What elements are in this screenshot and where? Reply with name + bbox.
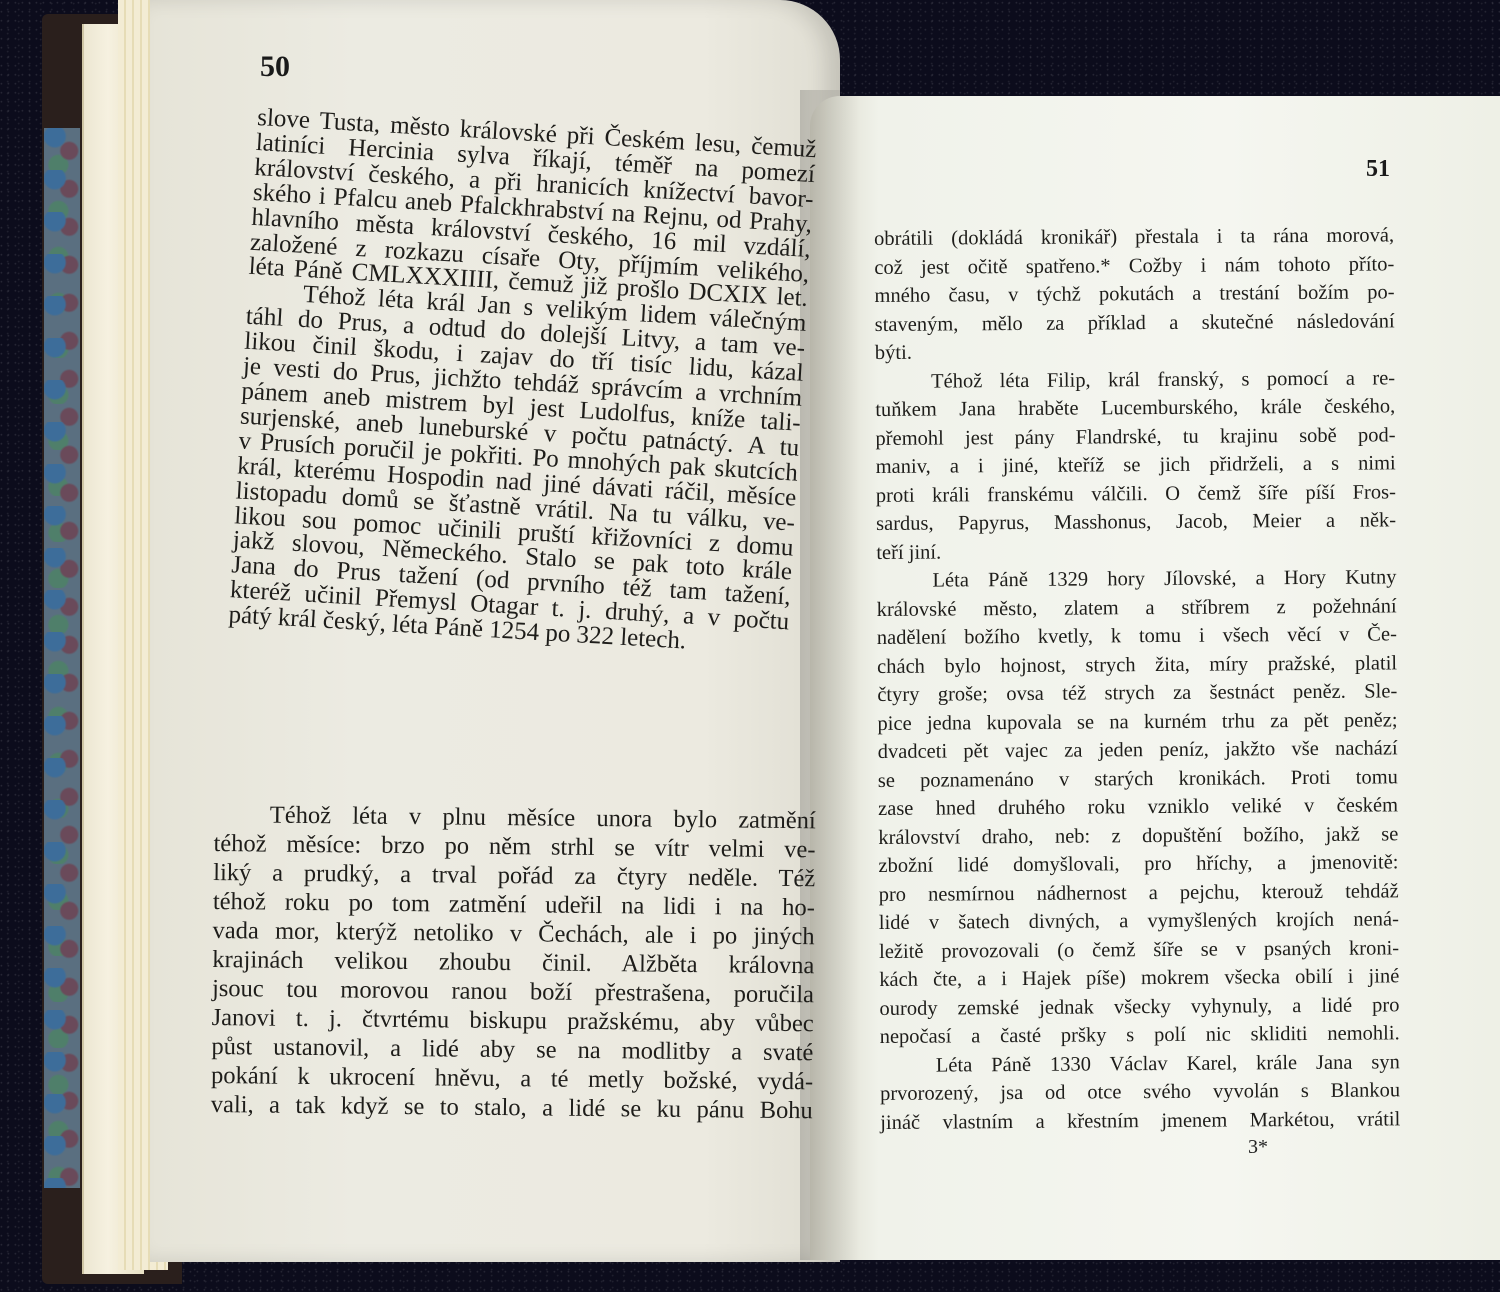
text-line: ležitě provozovali (o čemž šíře se v psa…	[879, 934, 1399, 966]
text-line: přemohl jest pány Flandrské, tu krajinu …	[875, 421, 1395, 453]
text-line: království draho, neb: z dopuštění božíh…	[878, 820, 1398, 852]
text-line: čtyry groše; ovsa též strych za šestnáct…	[877, 677, 1397, 709]
text-line: teří jiní.	[876, 535, 1396, 567]
text-line: staveným, mělo za příklad a skutečné nás…	[875, 307, 1395, 339]
text-line: ourody zemské jednak všecky vyhynuly, a …	[879, 991, 1399, 1023]
text-line: Téhož léta Filip, král franský, s pomocí…	[875, 364, 1395, 396]
text-line: proti králi franskému válčili. O čemž ší…	[876, 478, 1396, 510]
text-line: chách bylo hojnost, strych žita, míry pr…	[877, 649, 1397, 681]
text-line: nadělení božího kvetly, k tomu i všech v…	[877, 620, 1397, 652]
text-line: královské město, zlatem a stříbrem z pož…	[877, 592, 1397, 624]
text-line: nepočasí a časté pršky s polí nic sklidi…	[880, 1019, 1400, 1051]
text-line: tuňkem Jana hraběte Lucemburského, krále…	[875, 392, 1395, 424]
left-page-upper-text: slove Tusta, město královské při Českém …	[228, 106, 817, 660]
right-page-number: 51	[1366, 156, 1390, 183]
text-line: pro nesmírnou nádhernost a pejchu, ktero…	[879, 877, 1399, 909]
text-line: prvorozený, jsa od otce svého vyvolán s …	[880, 1076, 1400, 1108]
text-line: Léta Páně 1329 hory Jílovské, a Hory Kut…	[876, 563, 1396, 595]
text-line: jináč vlastním a křestním jmenem Markéto…	[880, 1105, 1400, 1137]
text-line: kách čte, a i Hajek píše) mokrem všecka …	[879, 962, 1399, 994]
text-line: dvadceti pět vajec za jeden peníz, jakžt…	[878, 734, 1398, 766]
text-line: sardus, Papyrus, Masshonus, Jacob, Meier…	[876, 506, 1396, 538]
text-line: se poznamenáno v starých kronikách. Prot…	[878, 763, 1398, 795]
text-line: býti.	[875, 335, 1395, 367]
signature-mark: 3*	[1248, 1136, 1268, 1159]
text-line: což jest očitě spatřeno.* Cožby i nám to…	[874, 250, 1394, 282]
text-line: zbožní lidé domyšlovali, pro hříchy, a j…	[878, 848, 1398, 880]
left-page-number: 50	[260, 50, 290, 84]
text-line: zase hned druhého roku vzniklo veliké v …	[878, 791, 1398, 823]
text-line: pice jedna kupovala se na kurném trhu za…	[877, 706, 1397, 738]
text-line: Léta Páně 1330 Václav Karel, krále Jana …	[880, 1048, 1400, 1080]
marbled-endpaper	[44, 128, 80, 1188]
text-line: obrátili (dokládá kronikář) přestala i t…	[874, 221, 1394, 253]
text-line: mného času, v týchž pokutách a trestání …	[874, 278, 1394, 310]
right-page-text: obrátili (dokládá kronikář) přestala i t…	[874, 221, 1400, 1137]
left-page-lower-text: Téhož léta v plnu měsíce unora bylo zatm…	[211, 800, 816, 1125]
text-line: lidé v šatech divných, a vymyšlených kro…	[879, 905, 1399, 937]
text-line: maniv, a i jiné, kteříž se jich přidržel…	[876, 449, 1396, 481]
